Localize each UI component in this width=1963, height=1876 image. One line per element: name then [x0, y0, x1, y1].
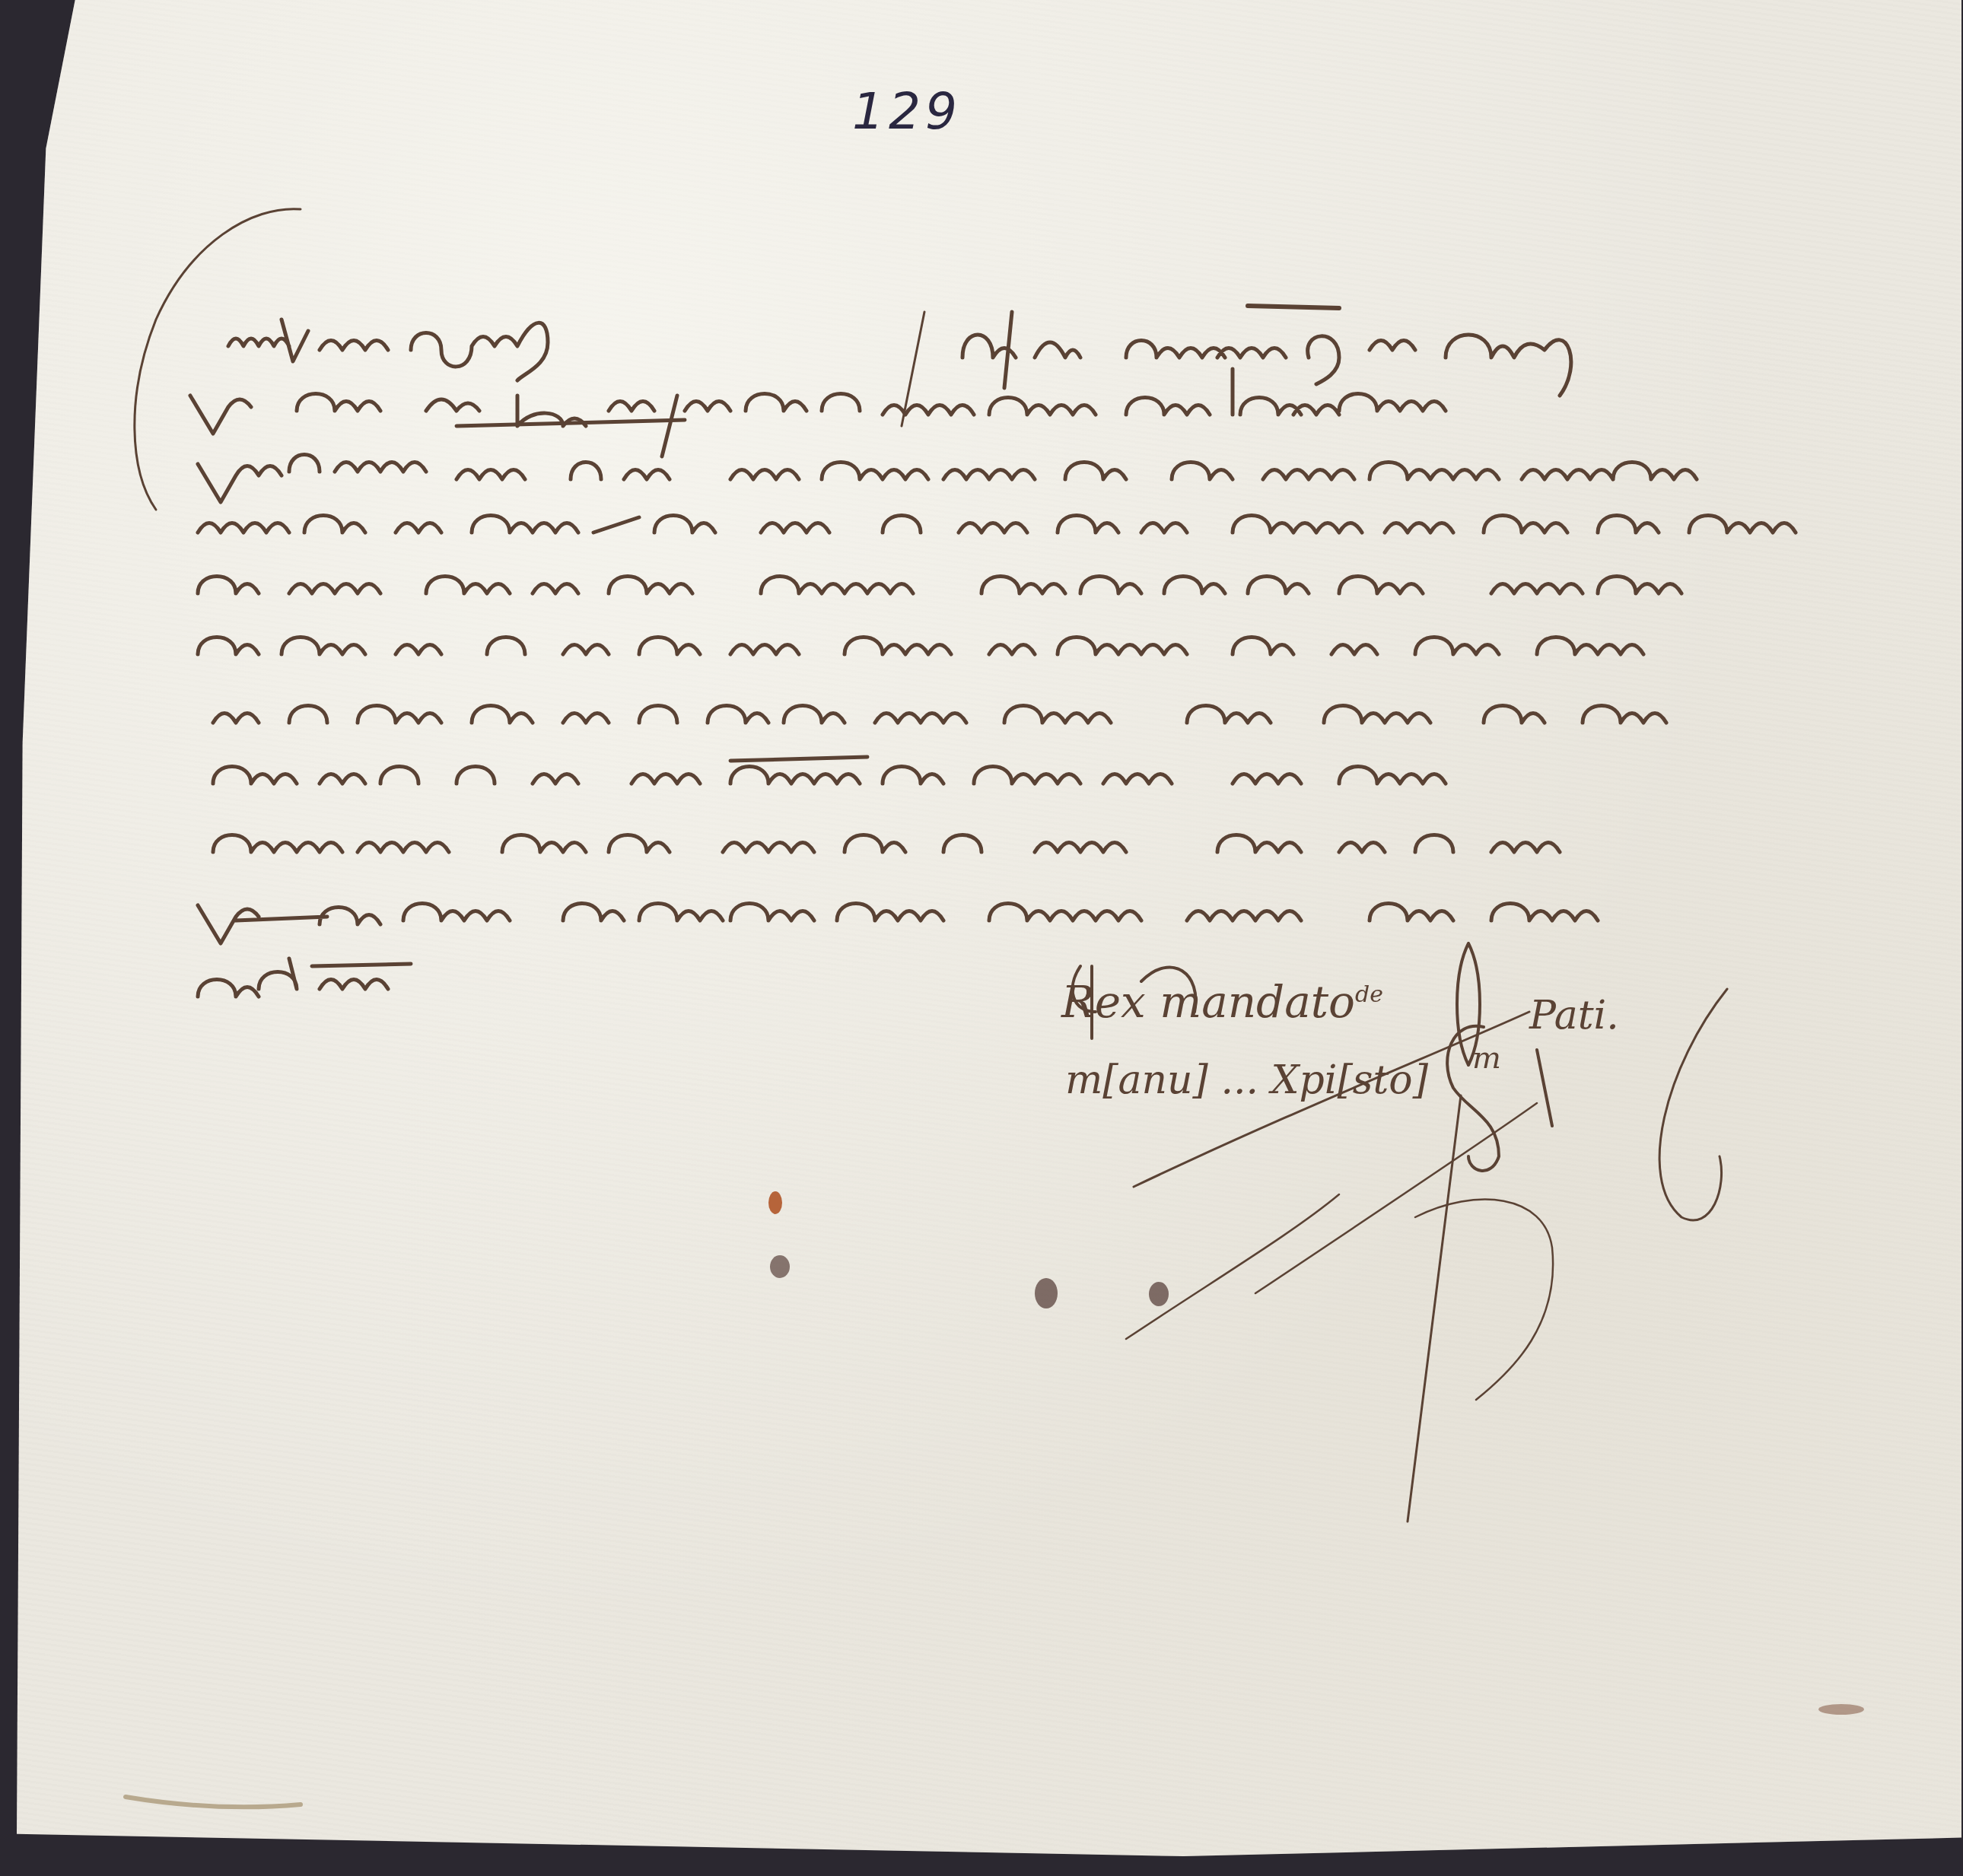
subscription-trailing: Pati.: [1529, 993, 1619, 1038]
signature-flourishes: [1073, 943, 1727, 1521]
subscription-text: Rex mandato: [1061, 976, 1355, 1028]
body-line-11: e ... anne: [198, 966, 339, 1001]
body-line-10: vz[e]. Ems ... de ... de ... d[i]es del …: [198, 894, 1087, 929]
body-line-6: Coses ... a ... de la ... e fer ... de l…: [198, 628, 922, 663]
body-line-2: vn[a] c[art]a del[s] yo veel me ... sabe…: [190, 380, 1188, 415]
subscription-line-2: m[anu] ... Xpi[sto]: [1065, 1057, 1428, 1103]
body-line-5: yo mande ... la ... e infinite ... e ...…: [198, 567, 898, 602]
body-line-9: ... e ... a ... e ... cosa ... a m[e] de: [213, 825, 714, 860]
subscription-line-1: Rex mandatode: [1061, 976, 1383, 1028]
body-line-1-continuation: Re[x] Se[nyo]r e Senyor mo[lt] am[a]t[s]…: [962, 320, 1796, 355]
body-line-3: Sylla d[e] M[e]d[e]llin ... e fin de mes…: [198, 449, 1261, 484]
body-line-8: cosa ... de la ... mes ... ma[n]s ... la…: [213, 757, 1032, 792]
subscription-superscript: de: [1355, 981, 1383, 1008]
body-line-1: miin vz amo amos: [228, 320, 504, 355]
body-line-7: m[e] ... gran ... que ... de la ... altr…: [213, 696, 855, 731]
subscription-monogram: m: [1472, 1041, 1501, 1076]
body-line-4: tena oyit ... la dita ... la ... mercè .…: [198, 506, 1101, 541]
handwriting-layer: [0, 0, 1963, 1876]
